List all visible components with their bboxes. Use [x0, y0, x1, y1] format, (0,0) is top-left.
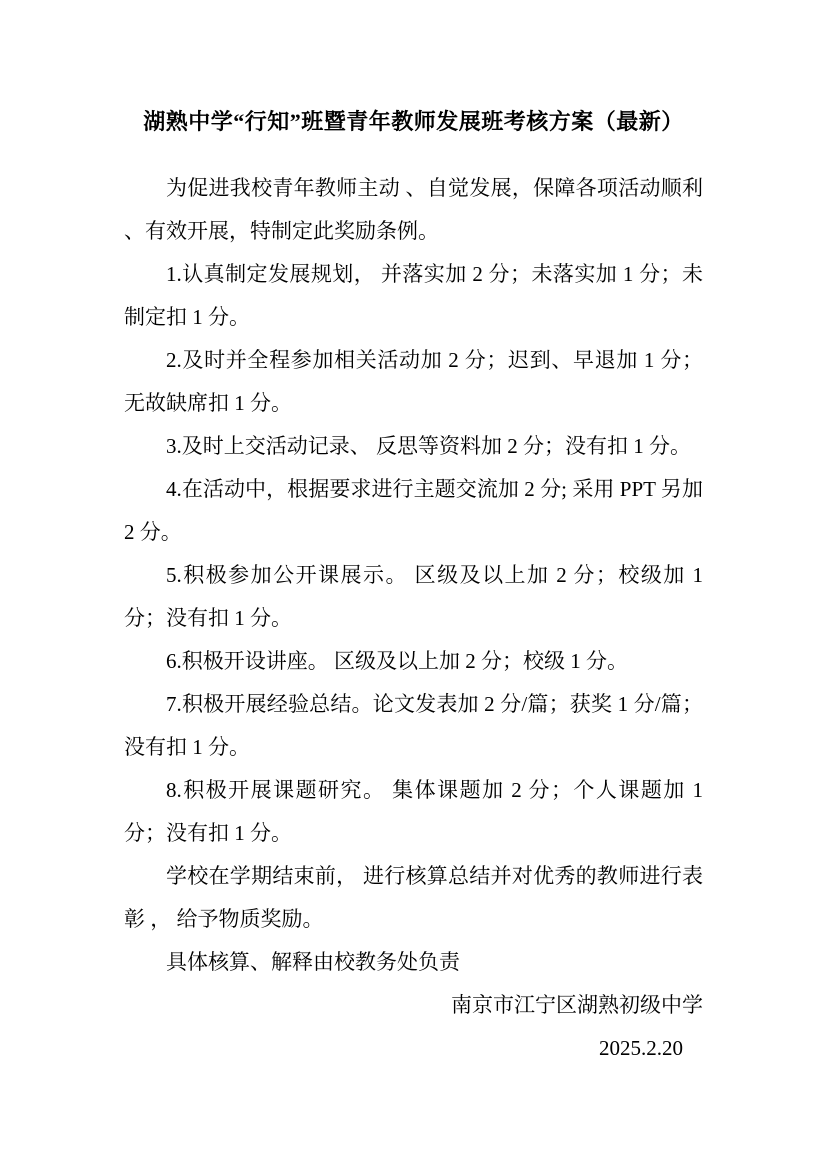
- rule-item-1: 1.认真制定发展规划， 并落实加 2 分；未落实加 1 分；未制定扣 1 分。: [124, 253, 703, 339]
- rule-item-5: 5.积极参加公开课展示。 区级及以上加 2 分；校级加 1 分；没有扣 1 分。: [124, 554, 703, 640]
- intro-paragraph: 为促进我校青年教师主动 、自觉发展，保障各项活动顺利 、有效开展，特制定此奖励条…: [124, 167, 703, 253]
- rule-item-7: 7.积极开展经验总结。论文发表加 2 分/篇；获奖 1 分/篇；没有扣 1 分。: [124, 683, 703, 769]
- rule-item-6: 6.积极开设讲座。 区级及以上加 2 分；校级 1 分。: [124, 640, 703, 683]
- rule-item-4: 4.在活动中，根据要求进行主题交流加 2 分; 采用 PPT 另加 2 分。: [124, 468, 703, 554]
- document-title: 湖熟中学“行知”班暨青年教师发展班考核方案（最新）: [124, 100, 703, 143]
- document-page: 湖熟中学“行知”班暨青年教师发展班考核方案（最新） 为促进我校青年教师主动 、自…: [0, 0, 827, 1170]
- rule-item-3: 3.及时上交活动记录、 反思等资料加 2 分；没有扣 1 分。: [124, 425, 703, 468]
- date-line: 2025.2.20: [124, 1027, 703, 1070]
- rule-item-2: 2.及时并全程参加相关活动加 2 分；迟到、早退加 1 分；无故缺席扣 1 分。: [124, 339, 703, 425]
- responsibility-paragraph: 具体核算、解释由校教务处负责: [124, 941, 703, 984]
- rule-item-8: 8.积极开展课题研究。 集体课题加 2 分；个人课题加 1 分；没有扣 1 分。: [124, 769, 703, 855]
- closing-paragraph: 学校在学期结束前， 进行核算总结并对优秀的教师进行表彰 ， 给予物质奖励。: [124, 855, 703, 941]
- signature-line: 南京市江宁区湖熟初级中学: [124, 984, 703, 1027]
